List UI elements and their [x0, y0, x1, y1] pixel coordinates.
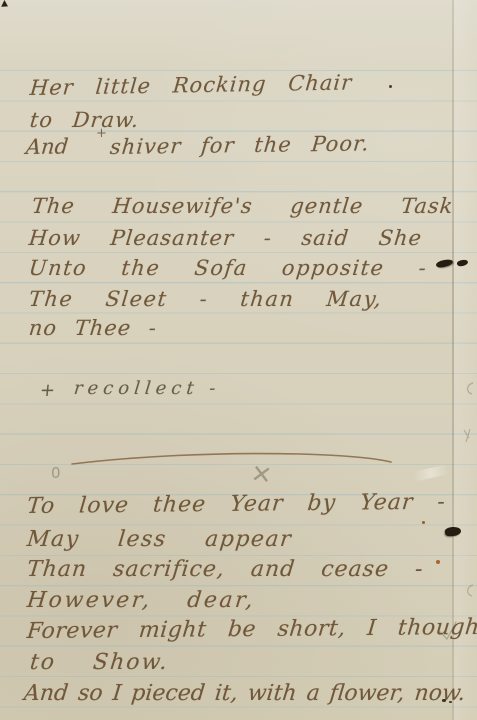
poem-line: no Thee - — [28, 316, 159, 340]
poem-line: To love thee Year by Year - — [26, 490, 447, 519]
pencil-mark-x: ✕ — [249, 459, 274, 491]
ink-speck — [389, 85, 392, 88]
pencil-mark-zero: 0 — [51, 464, 61, 482]
poem-line: Her little Rocking Chair — [29, 70, 353, 100]
poem-line: Unto the Sofa opposite - — [28, 256, 429, 280]
poem-line: Forever might be short, I thought — [26, 615, 477, 644]
poem-line: And — [25, 134, 69, 159]
manuscript-page: Her little Rocking Chair to Draw. And + … — [0, 0, 477, 720]
rust-speck — [422, 521, 425, 524]
poem-line: shiver for the Poor. — [109, 131, 371, 159]
variant-note: recollect - — [73, 378, 222, 399]
poem-line: to Draw. — [29, 108, 141, 132]
section-divider-line — [72, 454, 391, 464]
insertion-mark: + — [96, 126, 107, 141]
poem-line: to Show. — [29, 650, 170, 675]
poem-line: The Housewife's gentle Task — [31, 194, 455, 218]
right-edge-strip — [454, 0, 477, 720]
poem-line: Than sacrifice, and cease - — [26, 557, 425, 582]
ink-speck — [442, 699, 446, 702]
poem-line: And so I pieced it, with a flower, now. — [23, 681, 467, 706]
poem-line: May less appear — [26, 527, 294, 552]
rust-speck — [436, 560, 440, 564]
ink-speck — [449, 701, 452, 703]
paper-scratch — [413, 465, 448, 482]
poem-line: The Sleet - than May, — [28, 287, 384, 311]
paper-top-band — [0, 0, 477, 64]
poem-line: How Pleasanter - said She — [28, 226, 424, 250]
poem-line: However, dear, — [26, 588, 257, 613]
variant-note-mark: + — [39, 380, 56, 401]
ink-blot — [436, 259, 454, 269]
